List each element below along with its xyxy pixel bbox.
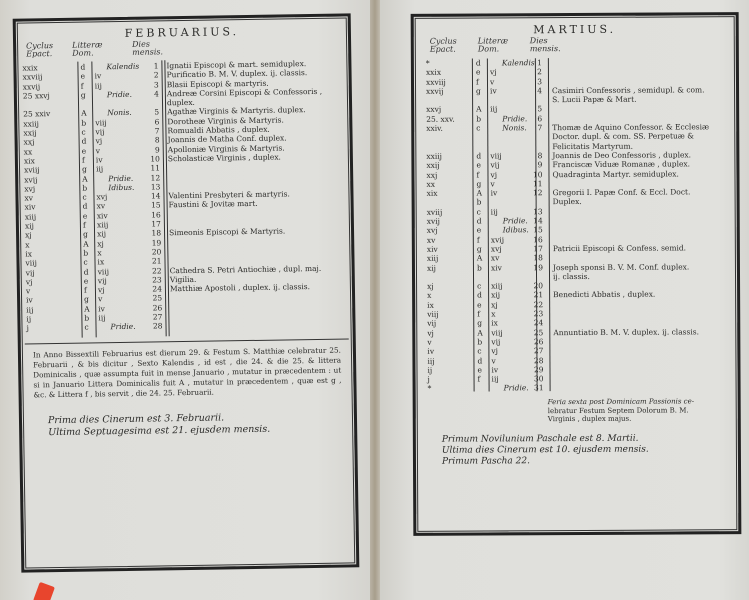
dominical-letter-cell: d xyxy=(476,58,481,67)
epact-cell: * xyxy=(428,384,432,393)
dominical-letter-cell: f xyxy=(476,170,479,179)
roman-date-cell: v xyxy=(491,179,495,188)
epact-cell: xij xyxy=(25,221,34,230)
roman-date-cell: Pridie. xyxy=(492,384,529,393)
roman-date-cell: iv xyxy=(96,155,103,164)
leap-year-note: In Anno Bissextili Februarius est dierum… xyxy=(33,346,342,401)
epact-cell: xiv xyxy=(25,203,36,212)
epact-cell: xv xyxy=(24,194,33,203)
epact-cell: iij xyxy=(427,356,434,365)
day-number-cell: 1 xyxy=(526,58,542,67)
dominical-letter-cell: g xyxy=(477,179,482,188)
roman-date-cell: viij xyxy=(490,151,501,160)
dominical-letter-cell: b xyxy=(84,314,89,323)
dies-header: Diesmensis. xyxy=(132,40,163,56)
day-number-cell: 30 xyxy=(528,374,544,383)
day-number-cell: 16 xyxy=(145,210,161,220)
dominical-letter-cell: g xyxy=(477,244,482,253)
dominical-letter-cell: f xyxy=(83,221,86,230)
roman-date-cell: vij xyxy=(98,276,107,285)
epact-cell: viij xyxy=(25,259,37,268)
epact-cell: xviij xyxy=(24,166,40,176)
roman-date-cell: v xyxy=(96,146,100,155)
dominical-letter-cell: d xyxy=(477,217,482,226)
epact-cell: viij xyxy=(427,310,438,319)
dominical-letter-cell: d xyxy=(477,356,482,365)
epact-cell: ix xyxy=(25,249,32,258)
dominical-letter-cell: b xyxy=(476,114,481,123)
epact-cell: ij xyxy=(427,366,432,375)
epact-cell: xxiij xyxy=(23,119,39,129)
roman-date-cell: Pridie. xyxy=(98,322,135,332)
day-number-cell: 2 xyxy=(526,67,542,76)
epact-cell: xxiv. xyxy=(426,124,443,133)
day-number-cell: 21 xyxy=(145,257,161,267)
dominical-letter-cell: f xyxy=(82,156,85,165)
feast-cell: Vigilia. xyxy=(170,275,197,285)
dominical-letter-cell: g xyxy=(476,86,481,95)
dominical-letter-cell: f xyxy=(84,286,87,295)
cyclus-header: CyclusEpact. xyxy=(26,42,53,58)
day-number-cell: 19 xyxy=(145,238,161,248)
day-number-cell: 28 xyxy=(146,322,162,332)
seven-sorrows-note: Feria sexta post Dominicam Passionis ce-… xyxy=(548,397,728,423)
day-number-cell: 24 xyxy=(146,285,162,295)
roman-date-cell: vij xyxy=(490,161,499,170)
epact-cell: iv xyxy=(26,296,33,305)
day-number-cell: 2 xyxy=(143,71,159,81)
day-number-cell: 16 xyxy=(527,235,543,244)
epact-cell: j xyxy=(428,375,430,384)
dominical-letter-cell: c xyxy=(81,128,85,137)
dominical-letter-cell: e xyxy=(476,161,481,170)
epact-cell: xxvj xyxy=(426,105,441,114)
roman-date-cell: viij xyxy=(98,267,110,276)
roman-date-cell: iv xyxy=(491,365,498,374)
feast-cell: Felicitatis Martyrum. xyxy=(552,141,633,151)
dominical-letter-cell: c xyxy=(82,193,86,202)
roman-date-cell: x xyxy=(97,248,101,257)
dominical-letter-cell: c xyxy=(477,347,481,356)
february-footer: Prima dies Cinerum est 3. Februarii. Ult… xyxy=(48,412,270,439)
epact-cell: vj xyxy=(26,277,33,286)
roman-date-cell: xiv xyxy=(97,211,108,220)
epact-cell: 25 xxvj xyxy=(23,91,50,101)
dominical-letter-cell: g xyxy=(477,319,482,328)
dominical-letter-cell: A xyxy=(476,105,481,114)
day-number-cell: 27 xyxy=(527,346,543,355)
roman-date-cell: ix xyxy=(97,258,104,267)
epact-cell: xxviij xyxy=(426,77,446,86)
day-number-cell: 3 xyxy=(526,77,542,86)
dominical-letter-cell: d xyxy=(476,151,481,160)
dominical-letter-cell: d xyxy=(477,291,482,300)
dominical-letter-cell: f xyxy=(477,235,480,244)
epact-cell: xxj xyxy=(24,138,35,147)
dominical-letter-cell: e xyxy=(84,276,89,285)
feast-cell: duplex. xyxy=(167,98,195,108)
epact-cell: xxvij xyxy=(426,87,443,96)
dominical-letter-cell: A xyxy=(477,254,482,263)
day-number-cell: 10 xyxy=(144,154,160,164)
dominical-letter-cell: A xyxy=(477,189,482,198)
day-number-cell: 3 xyxy=(143,80,159,90)
epact-cell: vj xyxy=(427,328,434,337)
roman-date-cell: vj xyxy=(98,285,105,294)
day-number-cell: 13 xyxy=(144,182,160,192)
epact-cell: x xyxy=(25,240,29,249)
epact-cell: v xyxy=(427,338,431,347)
epact-cell: xvj xyxy=(427,226,438,235)
roman-date-cell: v xyxy=(491,356,495,365)
day-number-cell: 4 xyxy=(143,89,159,99)
day-number-cell: 20 xyxy=(145,247,161,257)
day-number-cell: 22 xyxy=(527,300,543,309)
day-number-cell: 25 xyxy=(146,294,162,304)
roman-date-cell: xvj xyxy=(491,244,502,253)
epact-cell: xxix xyxy=(426,68,441,77)
epact-cell: xxix xyxy=(22,63,37,73)
day-number-cell: 25 xyxy=(527,328,543,337)
divider-rule xyxy=(25,338,349,344)
dominical-letter-cell: d xyxy=(83,202,88,211)
calendar-row: *Pridie.31 xyxy=(420,383,734,394)
roman-date-cell: xvij xyxy=(491,235,504,244)
dominical-letter-cell: e xyxy=(82,146,87,155)
roman-date-cell: iij xyxy=(490,105,497,114)
epact-cell: xxviij xyxy=(23,73,43,83)
roman-date-cell: xj xyxy=(97,239,104,248)
cyclus-header: CyclusEpact. xyxy=(430,38,457,54)
dominical-letter-cell: b xyxy=(83,248,88,257)
roman-date-cell: xij xyxy=(491,291,500,300)
dominical-letter-cell: f xyxy=(476,77,479,86)
roman-date-cell: Pridie. xyxy=(491,216,528,225)
dominical-letter-cell: b xyxy=(477,198,482,207)
day-number-cell: 26 xyxy=(146,303,162,313)
feast-cell: Benedicti Abbatis , duplex. xyxy=(553,290,655,300)
roman-date-cell: v xyxy=(98,295,102,304)
epact-cell: xviij xyxy=(427,207,443,216)
february-frame: FEBRUARIUS. CyclusEpact. LitteræDom. Die… xyxy=(13,13,360,572)
dominical-letter-cell: c xyxy=(476,124,480,133)
day-number-cell: 5 xyxy=(143,108,159,118)
epact-cell: xv xyxy=(427,235,436,244)
day-number-cell: 12 xyxy=(144,173,160,183)
february-title: FEBRUARIUS. xyxy=(20,23,344,41)
epact-cell: xix xyxy=(24,156,35,165)
roman-date-cell: xiv xyxy=(491,263,502,272)
dominical-letter-cell: f xyxy=(477,310,480,319)
epact-cell: vij xyxy=(26,268,35,277)
littera-header: LitteræDom. xyxy=(72,41,103,57)
day-number-cell: 7 xyxy=(143,126,159,136)
day-number-cell: 21 xyxy=(527,291,543,300)
roman-date-cell: iv xyxy=(491,189,498,198)
day-number-cell: 28 xyxy=(527,356,543,365)
day-number-cell: 17 xyxy=(527,244,543,253)
roman-date-cell: x xyxy=(491,309,495,318)
day-number-cell: 8 xyxy=(526,151,542,160)
day-number-cell: 4 xyxy=(526,86,542,95)
epact-cell: xij xyxy=(427,263,436,272)
roman-date-cell: iij xyxy=(95,81,102,90)
dominical-letter-cell: A xyxy=(83,239,89,248)
day-number-cell: 1 xyxy=(142,61,158,71)
dominical-letter-cell: b xyxy=(477,263,482,272)
day-number-cell: 10 xyxy=(526,170,542,179)
dominical-letter-cell: e xyxy=(477,365,482,374)
epact-cell: v xyxy=(26,287,30,296)
roman-date-cell: vj xyxy=(491,347,498,356)
day-number-cell: 23 xyxy=(527,309,543,318)
roman-date-cell: vij xyxy=(491,337,500,346)
epact-cell: xj xyxy=(427,282,434,291)
day-number-cell: 9 xyxy=(526,160,542,169)
day-number-cell: 23 xyxy=(146,275,162,285)
epact-cell: ix xyxy=(427,300,434,309)
epact-cell: xj xyxy=(25,231,32,240)
epact-cell: xxvij xyxy=(23,82,41,92)
dominical-letter-cell: c xyxy=(84,323,88,332)
dominical-letter-cell: d xyxy=(80,63,85,72)
dominical-letter-cell: A xyxy=(81,109,87,118)
day-number-cell: 7 xyxy=(526,123,542,132)
day-number-cell: 6 xyxy=(143,117,159,127)
epact-cell: 25 xxiv xyxy=(23,110,50,120)
roman-date-cell: xvj xyxy=(96,192,107,201)
day-number-cell: 26 xyxy=(527,337,543,346)
epact-cell: xvij xyxy=(24,175,37,185)
roman-date-cell: Idibus. xyxy=(491,226,529,235)
feast-cell: Duplex. xyxy=(553,197,582,206)
day-number-cell: 22 xyxy=(146,266,162,276)
epact-cell: xvj xyxy=(24,184,35,193)
day-number-cell: 20 xyxy=(527,281,543,290)
roman-date-cell: iij xyxy=(96,165,103,174)
dominical-letter-cell: f xyxy=(81,81,84,90)
roman-date-cell: iv xyxy=(490,86,497,95)
epact-cell: xx xyxy=(427,180,436,189)
roman-date-cell: vj xyxy=(490,68,497,77)
march-frame: MARTIUS. CyclusEpact. LitteræDom. Diesme… xyxy=(411,12,742,536)
epact-cell: iv xyxy=(427,347,434,356)
day-number-cell: 5 xyxy=(526,105,542,114)
day-number-cell: 24 xyxy=(527,318,543,327)
dominical-letter-cell: g xyxy=(81,90,86,99)
day-number-cell: 15 xyxy=(145,201,161,211)
day-number-cell: 12 xyxy=(527,188,543,197)
dominical-letter-cell: e xyxy=(83,211,88,220)
day-number-cell: 8 xyxy=(144,136,160,146)
dominical-letter-cell: e xyxy=(476,68,481,77)
roman-date-cell: Pridie. xyxy=(490,114,527,123)
day-number-cell: 14 xyxy=(527,216,543,225)
epact-cell: x xyxy=(427,291,431,300)
dominical-letter-cell: g xyxy=(82,165,87,174)
dominical-letter-cell: g xyxy=(84,295,89,304)
dominical-letter-cell: e xyxy=(477,226,482,235)
dominical-letter-cell: d xyxy=(84,267,89,276)
roman-date-cell: xij xyxy=(97,230,106,239)
roman-date-cell: xiij xyxy=(97,220,109,229)
epact-cell: xix xyxy=(427,189,438,198)
day-number-cell: 6 xyxy=(526,114,542,123)
dominical-letter-cell: e xyxy=(81,72,86,81)
epact-cell: xvij xyxy=(427,217,440,226)
dominical-letter-cell: b xyxy=(477,337,482,346)
day-number-cell: 9 xyxy=(144,145,160,155)
epact-cell: xiv xyxy=(427,245,438,254)
dominical-letter-cell: c xyxy=(477,282,481,291)
feast-cell: S. Lucii Papæ & Mart. xyxy=(552,95,637,105)
dominical-letter-cell: g xyxy=(83,230,88,239)
dominical-letter-cell: A xyxy=(477,328,482,337)
day-number-cell: 31 xyxy=(528,384,544,393)
day-number-cell: 17 xyxy=(145,219,161,229)
march-footer: Primum Novilunium Paschale est 8. Martii… xyxy=(442,434,649,468)
dominical-letter-cell: f xyxy=(478,375,481,384)
littera-header: LitteræDom. xyxy=(478,37,508,53)
day-number-cell: 13 xyxy=(527,207,543,216)
roman-date-cell: ix xyxy=(491,319,498,328)
epact-cell: j xyxy=(26,324,28,333)
day-number-cell: 15 xyxy=(527,226,543,235)
roman-date-cell: viij xyxy=(491,328,502,337)
february-calendar-table: xxixdKalendis1Ignatii Episcopi & mart. s… xyxy=(20,58,348,333)
march-title: MARTIUS. xyxy=(418,22,732,37)
roman-date-cell: vj xyxy=(490,170,497,179)
epact-cell: xxiij xyxy=(426,152,442,161)
dominical-letter-cell: c xyxy=(83,258,87,267)
day-number-cell: 11 xyxy=(144,164,160,174)
dominical-letter-cell: A xyxy=(84,304,90,313)
epact-cell: xxj xyxy=(426,170,437,179)
day-number-cell: 11 xyxy=(527,179,543,188)
epact-cell: ij xyxy=(26,314,31,323)
epact-cell: 25. xxv. xyxy=(426,114,455,123)
day-number-cell: 14 xyxy=(144,192,160,202)
epact-cell: xiij xyxy=(427,254,438,263)
roman-date-cell: iv xyxy=(98,304,105,313)
day-number-cell: 18 xyxy=(145,229,161,239)
day-number-cell: 18 xyxy=(527,253,543,262)
epact-cell: * xyxy=(426,59,430,68)
epact-cell: xx xyxy=(24,147,33,156)
dominical-letter-cell: A xyxy=(82,174,88,183)
roman-date-cell: iv xyxy=(95,72,102,81)
roman-date-cell: xj xyxy=(491,300,498,309)
book-gutter xyxy=(370,0,380,600)
dies-header: Diesmensis. xyxy=(530,37,561,53)
dominical-letter-cell: c xyxy=(477,207,481,216)
roman-date-cell: vij xyxy=(95,127,104,136)
roman-date-cell: iij xyxy=(491,207,498,216)
march-calendar-table: *dKalendis1xxixevj2xxviijfv3xxvijgiv4Cas… xyxy=(418,57,734,393)
dominical-letter-cell: b xyxy=(81,118,86,127)
feast-cell: ij. classis. xyxy=(553,272,590,281)
day-number-cell: 19 xyxy=(527,263,543,272)
roman-date-cell: vj xyxy=(96,137,103,146)
roman-date-cell: viij xyxy=(95,118,107,127)
epact-cell: xxij xyxy=(23,128,36,138)
epact-cell: iij xyxy=(26,305,33,314)
dominical-letter-cell: d xyxy=(82,137,87,146)
roman-date-cell: xv xyxy=(97,202,106,211)
day-number-cell: 29 xyxy=(527,365,543,374)
roman-date-cell: iij xyxy=(492,375,499,384)
day-number-cell: 27 xyxy=(146,312,162,322)
roman-date-cell: xv xyxy=(491,254,500,263)
roman-date-cell: xiij xyxy=(491,282,502,291)
dominical-letter-cell: b xyxy=(82,183,87,192)
dominical-letter-cell: e xyxy=(477,300,482,309)
epact-cell: vij xyxy=(427,319,436,328)
epact-cell: xiij xyxy=(25,212,37,221)
roman-date-cell: iij xyxy=(98,313,105,322)
epact-cell: xxij xyxy=(426,161,439,170)
roman-date-cell: Nonis. xyxy=(490,123,527,132)
roman-date-cell: v xyxy=(490,77,494,86)
